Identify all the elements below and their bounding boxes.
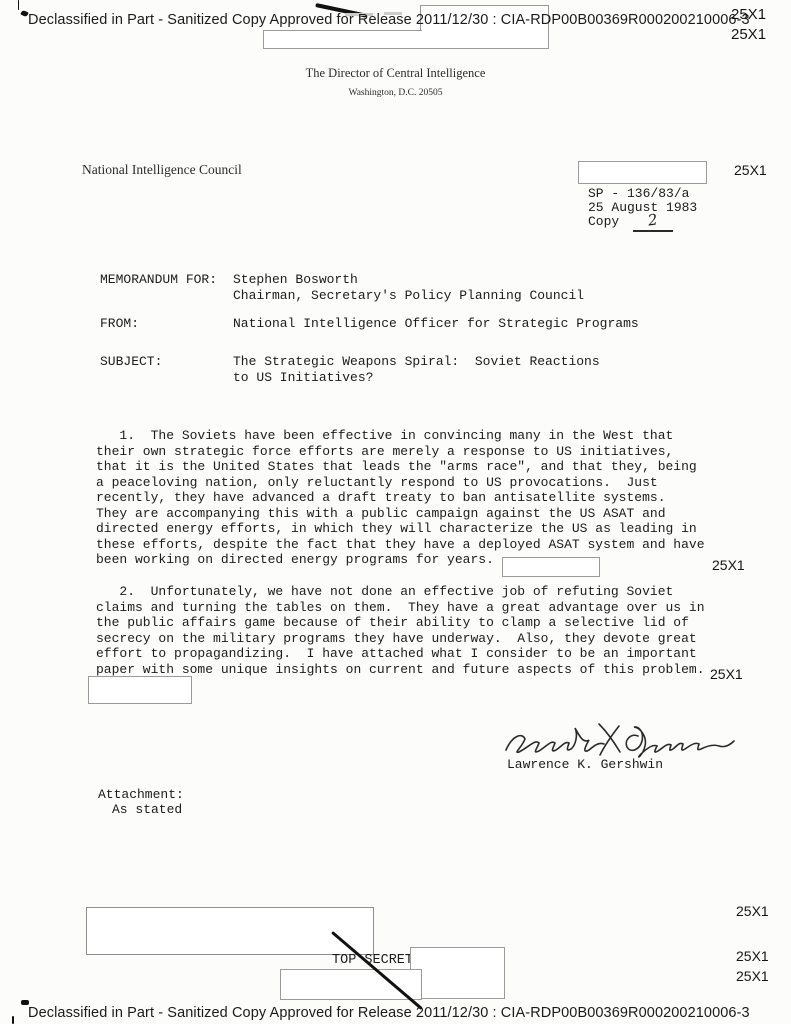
redaction-box bbox=[263, 30, 422, 49]
memo-for-label: MEMORANDUM FOR: bbox=[100, 272, 233, 303]
classification-mark: 25X1 bbox=[736, 968, 769, 984]
handwritten-copy-number: 2 bbox=[648, 213, 659, 227]
letterhead-title: The Director of Central Intelligence bbox=[0, 66, 791, 81]
redaction-box bbox=[86, 907, 374, 955]
memo-for-row: MEMORANDUM FOR: Stephen Bosworth Chairma… bbox=[100, 272, 720, 303]
memo-for-value: Stephen Bosworth Chairman, Secretary's P… bbox=[233, 272, 584, 303]
attachment-label: Attachment: bbox=[98, 787, 184, 803]
copy-line: Copy2 bbox=[588, 214, 673, 232]
classification-mark: 25X1 bbox=[731, 26, 766, 43]
memo-subject-row: SUBJECT: The Strategic Weapons Spiral: S… bbox=[100, 354, 720, 385]
scan-artifact bbox=[18, 0, 19, 10]
memo-from-value: National Intelligence Officer for Strate… bbox=[233, 316, 639, 332]
office-name: National Intelligence Council bbox=[82, 162, 242, 178]
signature-typed-name: Lawrence K. Gershwin bbox=[507, 757, 663, 773]
classification-mark: 25X1 bbox=[736, 948, 769, 964]
classification-mark: 25X1 bbox=[712, 557, 745, 573]
memo-subject-value: The Strategic Weapons Spiral: Soviet Rea… bbox=[233, 354, 600, 385]
body-paragraph-1: 1. The Soviets have been effective in co… bbox=[96, 428, 705, 568]
declassification-banner-footer: Declassified in Part - Sanitized Copy Ap… bbox=[28, 1005, 750, 1021]
memo-subject-label: SUBJECT: bbox=[100, 354, 233, 385]
copy-label: Copy bbox=[588, 214, 619, 229]
copy-number-underline: 2 bbox=[633, 214, 673, 232]
redaction-box bbox=[502, 557, 600, 577]
memo-from-label: FROM: bbox=[100, 316, 233, 332]
classification-mark: 25X1 bbox=[736, 903, 769, 919]
attachment-value: As stated bbox=[112, 802, 182, 818]
body-paragraph-2: 2. Unfortunately, we have not done an ef… bbox=[96, 584, 705, 677]
classification-mark: 25X1 bbox=[731, 6, 766, 23]
redaction-box bbox=[410, 947, 505, 999]
classification-mark: 25X1 bbox=[710, 666, 743, 682]
scan-artifact bbox=[12, 1016, 14, 1024]
memo-from-row: FROM: National Intelligence Officer for … bbox=[100, 316, 720, 332]
redaction-box bbox=[280, 969, 422, 1000]
declassification-banner: Declassified in Part - Sanitized Copy Ap… bbox=[28, 12, 750, 28]
letterhead-location: Washington, D.C. 20505 bbox=[0, 88, 791, 98]
redaction-box bbox=[578, 161, 707, 184]
classification-mark: 25X1 bbox=[734, 162, 767, 178]
document-page: Declassified in Part - Sanitized Copy Ap… bbox=[0, 0, 791, 1024]
redaction-box bbox=[88, 676, 192, 704]
